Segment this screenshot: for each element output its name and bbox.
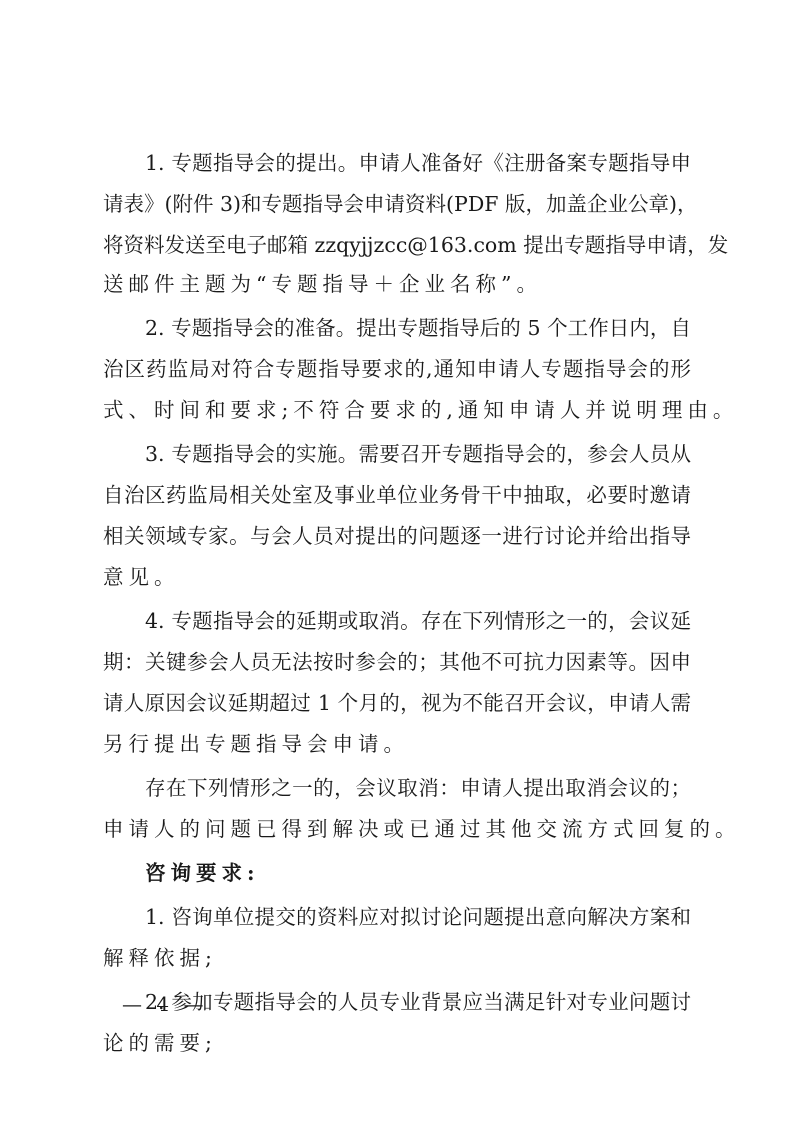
- line-4: 2. 专题指导会的准备。提出专题指导后的 5 个工作日内，自: [145, 308, 691, 349]
- line-19: 解释依据;: [103, 938, 217, 979]
- line-7: 3. 专题指导会的实施。需要召开专题指导会的，参会人员从: [145, 434, 691, 475]
- line-14: 另行提出专题指导会申请。: [103, 724, 409, 765]
- section-heading-consult-requirements: 咨询要求:: [145, 853, 260, 894]
- line-20: 2. 参加专题指导会的人员专业背景应当满足针对专业问题讨: [145, 982, 691, 1023]
- line-1: 请表》(附件 3)和专题指导会申请资料(PDF 版，加盖企业公章)，: [103, 184, 691, 225]
- line-3: 送邮件主题为“专题指导＋企业名称”。: [103, 264, 542, 305]
- line-0: 1. 专题指导会的提出。申请人准备好《注册备案专题指导申: [145, 143, 691, 184]
- line-8: 自治区药监局相关处室及事业单位业务骨干中抽取，必要时邀请: [103, 475, 691, 516]
- line-9: 相关领域专家。与会人员对提出的问题逐一进行讨论并给出指导: [103, 516, 691, 557]
- line-18: 1. 咨询单位提交的资料应对拟讨论问题提出意向解决方案和: [145, 897, 691, 938]
- line-6: 式、时间和要求;不符合要求的,通知申请人并说明理由。: [103, 390, 738, 431]
- page-number: — 4 —: [122, 992, 207, 1016]
- line-11: 4. 专题指导会的延期或取消。存在下列情形之一的，会议延: [145, 601, 691, 642]
- line-21: 论的需要;: [103, 1023, 217, 1064]
- line-16: 申请人的问题已得到解决或已通过其他交流方式回复的。: [103, 809, 741, 850]
- line-13: 请人原因会议延期超过 1 个月的，视为不能召开会议，申请人需: [103, 683, 691, 724]
- line-15: 存在下列情形之一的，会议取消：申请人提出取消会议的；: [145, 768, 691, 809]
- line-2: 将资料发送至电子邮箱 zzqyjjzcc@163.com 提出专题指导申请，发: [103, 225, 691, 266]
- line-10: 意见。: [103, 557, 180, 598]
- line-5: 治区药监局对符合专题指导要求的,通知申请人专题指导会的形: [103, 349, 691, 390]
- line-12: 期：关键参会人员无法按时参会的；其他不可抗力因素等。因申: [103, 642, 691, 683]
